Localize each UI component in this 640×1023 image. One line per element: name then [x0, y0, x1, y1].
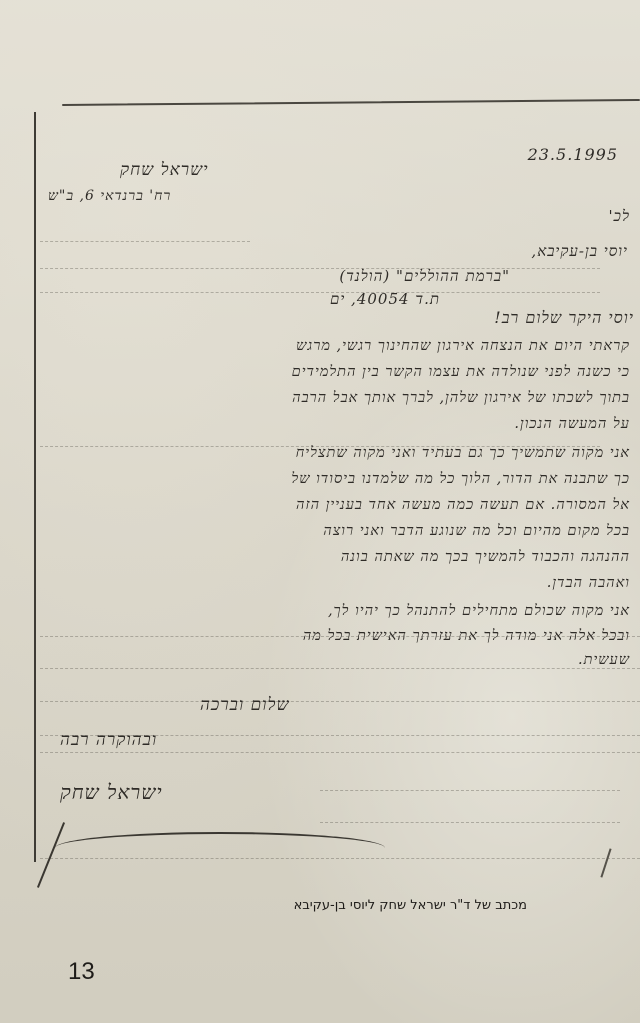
body-line: בכל מקום מהיום וכל מה שנוגע הדבר ואני רו… [323, 523, 630, 540]
ruled-line [40, 752, 640, 753]
body-line: אני מקוה שכולם מתחילים להתנהל כך יהיו לך… [328, 603, 630, 620]
page-number: 13 [68, 958, 95, 986]
body-line: ואהבה הבדן. [547, 575, 630, 592]
signature-flourish [55, 832, 385, 864]
body-line: על המעשה הנכון. [514, 416, 630, 433]
body-line: כך שתבנה את הדור, הלוך כל מה שלמדנו ביסו… [291, 471, 630, 488]
recipient-name: יוסי בן-עקיבא, [531, 242, 628, 261]
letter-closing-regards: ובהוקרה רבה [60, 730, 157, 750]
sender-address: רח' ברנדאי 6, ב"ש [48, 188, 171, 205]
ruled-line [40, 668, 640, 669]
letter-greeting: יוסי היקר שלום רב! [494, 308, 634, 328]
body-line: בתוך לשכתו של אירגון שלהן, לברך אותך אבל… [292, 390, 630, 407]
body-line: אני מקוה שתמשיך כך גם בעתיד ואני מקוה שת… [296, 445, 630, 462]
page-caption: מכתב של ד"ר ישראל שחק ליוסי בן-עקיבא [294, 898, 527, 913]
ruled-line [40, 241, 250, 242]
recipient-po-box: ת.ד 40054, ים [330, 290, 440, 309]
top-border-line [62, 99, 640, 106]
body-line: כי כשנה לפני שנולדה את עצמו הקשר בין התל… [292, 364, 630, 381]
ruled-line [40, 701, 640, 702]
left-margin-line [34, 112, 36, 862]
body-line: קראתי היום את הנצחה אירגון שהחינוך רגשי,… [296, 338, 630, 355]
body-line: שעשית. [578, 652, 630, 669]
recipient-place: "ברמת ההוללים" (הולנד) [339, 267, 510, 286]
ruled-line [320, 790, 620, 791]
ruled-line [320, 822, 620, 823]
ruled-line [40, 268, 600, 269]
signature: ישראל שחק [60, 780, 163, 805]
body-line: אל המסורה. אם תעשה כמה מעשה אחד בעניין ה… [296, 497, 630, 514]
body-line: ובכל אלה אני מודה לך את עזרתך האישית בכל… [303, 628, 630, 645]
ruled-line [40, 292, 600, 293]
sender-name: ישראל שחק [120, 160, 209, 180]
recipient-to-label: לכ' [609, 207, 630, 226]
letter-closing: שלום וברכה [200, 695, 290, 715]
body-line: ההנהגה והכבוד להמשיך בכך מה שאתה בונה [341, 549, 630, 566]
letter-date: 23.5.1995 [528, 145, 618, 164]
corner-mark [600, 848, 611, 877]
